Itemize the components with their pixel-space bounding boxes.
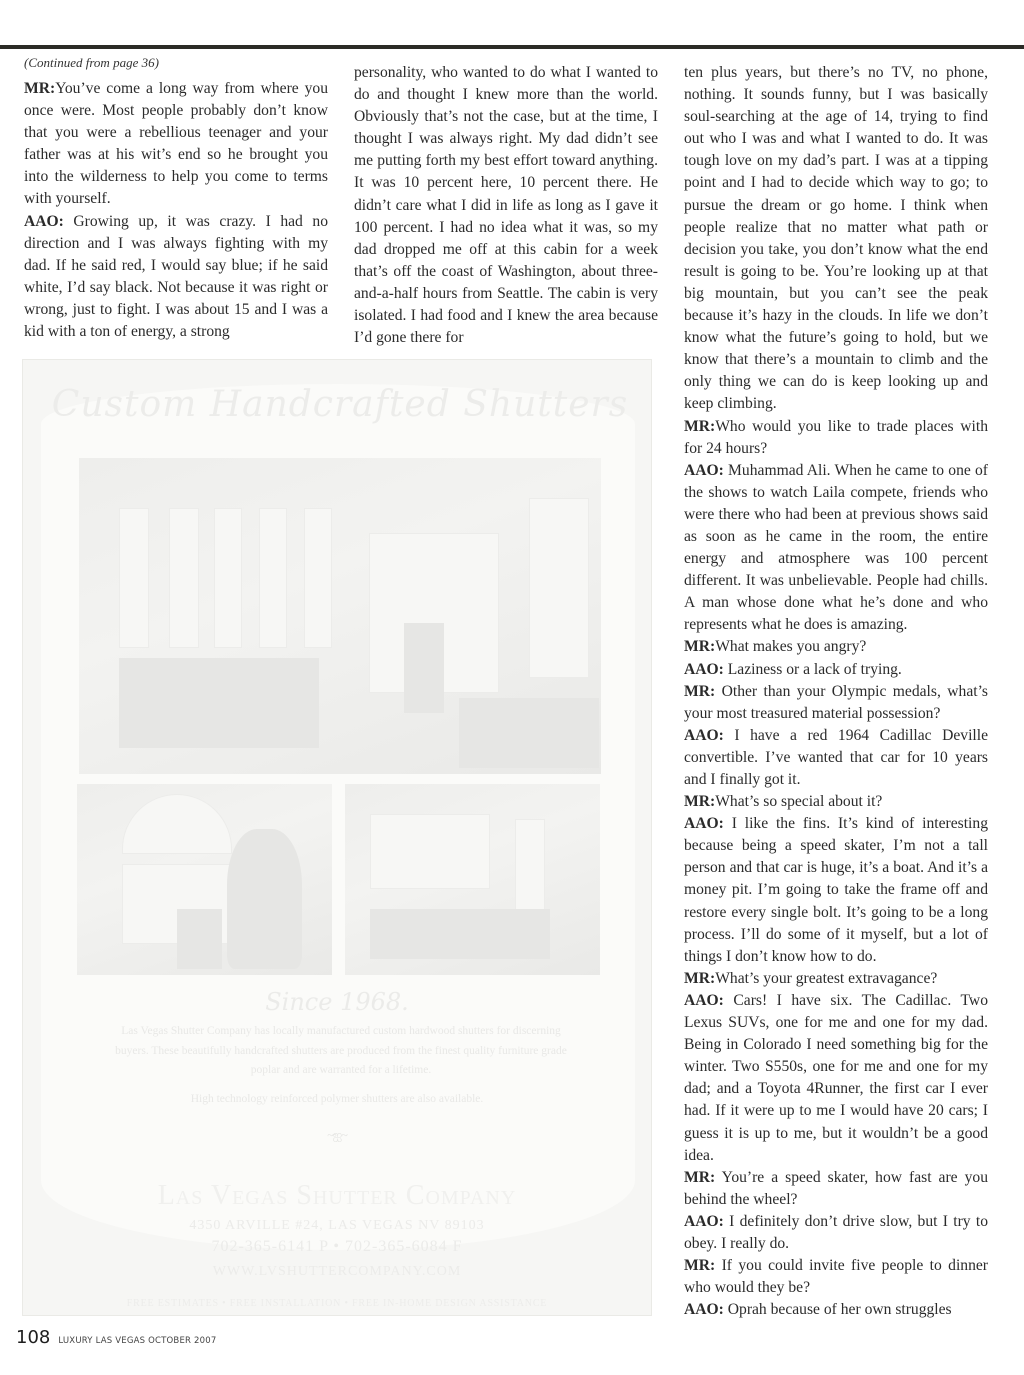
- speaker-label: AAO:: [684, 1213, 724, 1230]
- ad-perks: FREE ESTIMATES • FREE INSTALLATION • FRE…: [22, 1298, 652, 1309]
- paragraph: MR:What’s your greatest extravagance?: [684, 968, 988, 990]
- speaker-label: AAO:: [684, 992, 724, 1009]
- ad-body-text: Las Vegas Shutter Company has locally ma…: [110, 1022, 572, 1081]
- paragraph: AAO: I have a red 1964 Cadillac Deville …: [684, 725, 988, 791]
- paragraph: personality, who wanted to do what I wan…: [354, 62, 658, 349]
- paragraph: MR: If you could invite five people to d…: [684, 1255, 988, 1299]
- page-footer: 108 LUXURY LAS VEGAS OCTOBER 2007: [16, 1327, 216, 1348]
- speaker-label: AAO:: [684, 727, 724, 744]
- speaker-label: MR:: [684, 418, 715, 435]
- paragraph-text: What’s so special about it?: [715, 793, 882, 810]
- top-rule: [0, 45, 1024, 49]
- paragraph: MR:You’ve come a long way from where you…: [24, 78, 328, 211]
- publication-line: LUXURY LAS VEGAS OCTOBER 2007: [58, 1336, 216, 1346]
- paragraph-text: What’s your greatest extravagance?: [715, 970, 937, 987]
- ad-address: 4350 ARVILLE #24, LAS VEGAS NV 89103: [22, 1218, 652, 1234]
- speaker-label: AAO:: [684, 1301, 724, 1318]
- paragraph-text: I like the fins. It’s kind of interestin…: [684, 815, 988, 965]
- paragraph: AAO: Growing up, it was crazy. I had no …: [24, 211, 328, 344]
- paragraph: AAO: Muhammad Ali. When he came to one o…: [684, 460, 988, 637]
- arched-window-shutters-photo: [77, 784, 332, 975]
- speaker-label: MR:: [684, 683, 715, 700]
- paragraph: AAO: I like the fins. It’s kind of inter…: [684, 813, 988, 968]
- article-column-2: personality, who wanted to do what I wan…: [354, 62, 658, 349]
- paragraph-text: Growing up, it was crazy. I had no direc…: [24, 213, 328, 340]
- paragraph: MR:What makes you angry?: [684, 636, 988, 658]
- ad-company-name: Las Vegas Shutter Company: [22, 1180, 652, 1212]
- paragraph-text: You’ve come a long way from where you on…: [24, 80, 328, 207]
- paragraph: MR: Other than your Olympic medals, what…: [684, 681, 988, 725]
- speaker-label: AAO:: [684, 661, 724, 678]
- paragraph: MR:Who would you like to trade places wi…: [684, 416, 988, 460]
- speaker-label: MR:: [684, 1169, 715, 1186]
- paragraph: AAO: Laziness or a lack of trying.: [684, 659, 988, 681]
- speaker-label: AAO:: [684, 462, 724, 479]
- speaker-label: MR:: [24, 80, 55, 97]
- paragraph-text: If you could invite five people to dinne…: [684, 1257, 988, 1296]
- paragraph-text: What makes you angry?: [715, 638, 866, 655]
- paragraph-text: ten plus years, but there’s no TV, no ph…: [684, 64, 988, 412]
- paragraph-text: I definitely don’t drive slow, but I try…: [684, 1213, 988, 1252]
- ad-website: WWW.LVSHUTTERCOMPANY.COM: [22, 1264, 652, 1280]
- paragraph: AAO: Oprah because of her own struggles: [684, 1299, 988, 1321]
- living-room-shutters-photo: [79, 458, 601, 774]
- ad-phone-numbers: 702-365-6141 P • 702-365-6084 F: [22, 1238, 652, 1256]
- paragraph: ten plus years, but there’s no TV, no ph…: [684, 62, 988, 416]
- speaker-label: MR:: [684, 638, 715, 655]
- paragraph-text: Who would you like to trade places with …: [684, 418, 988, 457]
- paragraph-text: personality, who wanted to do what I wan…: [354, 64, 658, 346]
- paragraph-text: Laziness or a lack of trying.: [724, 661, 902, 678]
- continued-note: (Continued from page 36): [24, 54, 328, 72]
- speaker-label: AAO:: [684, 815, 724, 832]
- speaker-label: AAO:: [24, 213, 64, 230]
- paragraph-text: Other than your Olympic medals, what’s y…: [684, 683, 988, 722]
- article-column-3: ten plus years, but there’s no TV, no ph…: [684, 62, 988, 1321]
- paragraph-text: Cars! I have six. The Cadillac. Two Lexu…: [684, 992, 988, 1164]
- ad-since-year: Since 1968.: [22, 988, 652, 1016]
- article-column-1: (Continued from page 36) MR:You’ve come …: [24, 54, 328, 343]
- paragraph: AAO: Cars! I have six. The Cadillac. Two…: [684, 990, 988, 1167]
- ad-headline: Custom Handcrafted Shutters: [0, 384, 680, 425]
- speaker-label: MR:: [684, 793, 715, 810]
- ornament-flourish-icon: ~ஐ~: [22, 1128, 652, 1144]
- paragraph-text: You’re a speed skater, how fast are you …: [684, 1169, 988, 1208]
- paragraph-text: Oprah because of her own struggles: [724, 1301, 952, 1318]
- ad-body-text-secondary: High technology reinforced polymer shutt…: [22, 1093, 652, 1105]
- page-number: 108: [16, 1327, 50, 1348]
- paragraph: MR:What’s so special about it?: [684, 791, 988, 813]
- paragraph-text: I have a red 1964 Cadillac Deville conve…: [684, 727, 988, 788]
- paragraph: AAO: I definitely don’t drive slow, but …: [684, 1211, 988, 1255]
- paragraph-text: Muhammad Ali. When he came to one of the…: [684, 462, 988, 634]
- dining-room-shutters-photo: [345, 784, 600, 975]
- speaker-label: MR:: [684, 970, 715, 987]
- paragraph: MR: You’re a speed skater, how fast are …: [684, 1167, 988, 1211]
- speaker-label: MR:: [684, 1257, 715, 1274]
